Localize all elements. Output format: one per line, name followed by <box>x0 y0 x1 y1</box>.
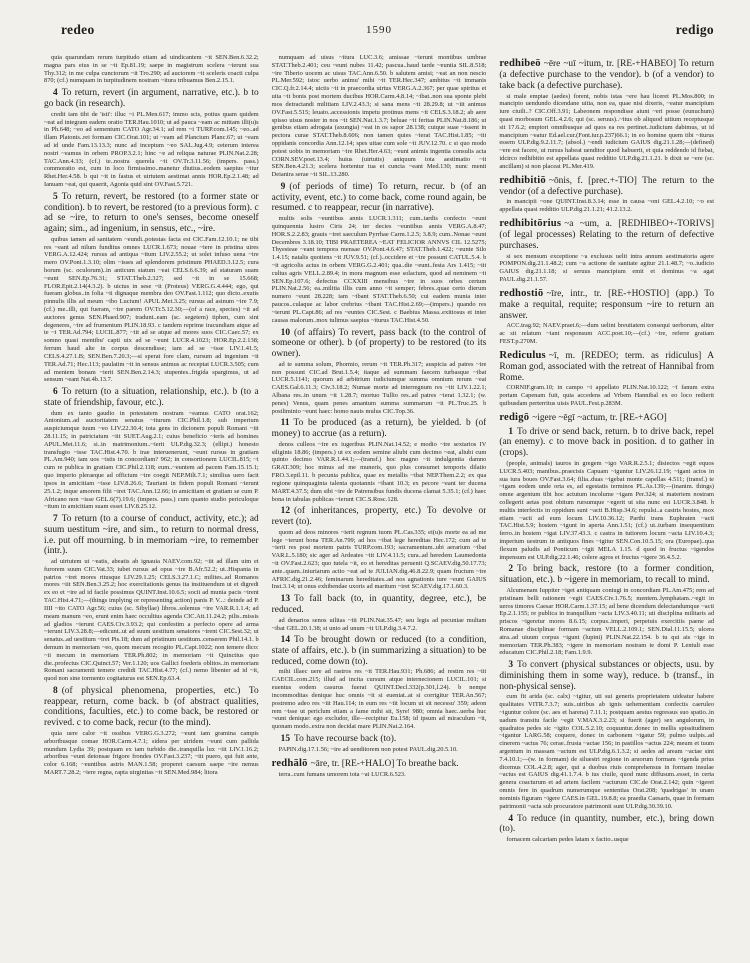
sense-number: 1 <box>508 427 513 437</box>
headword: redhibitiō <box>499 175 546 186</box>
sense-number: 13 <box>281 594 290 604</box>
sense-heading: 11To be produced (as a return), be yield… <box>272 418 487 439</box>
sense-number: 9 <box>281 182 286 192</box>
citation-paragraph: numquam ad uisus ~itura LUC.3.6; amissae… <box>272 54 487 179</box>
column-left: quia quarundam rerum turpitudo etiam ad … <box>44 54 259 952</box>
sense-text: To convert (physical substances or objec… <box>499 660 714 691</box>
sense-text: To bring back, restore (to a former cond… <box>499 564 714 585</box>
citation-paragraph: ad denarios senos uilitas ~iit PLIN.Nat.… <box>272 617 487 633</box>
entry-heading-redhibitio: redhibitiō~ōnis, f. [prec.+-TIO] The ret… <box>499 175 714 198</box>
entry-heading-redhostio: redhostiō~īre, intr., tr. [RE-+HOSTIO] (… <box>499 288 714 322</box>
sense-number: 5 <box>53 192 58 202</box>
sense-number: 4 <box>53 88 58 98</box>
citation-paragraph: dum ex tanto gaudio in potestatem nostra… <box>44 410 259 512</box>
entry-body: ~igere ~ēgī ~actum, tr. [RE-+AGO] <box>532 413 667 423</box>
citation-paragraph: (people, animals) tauros in gregem ~igo … <box>499 460 714 562</box>
headword: redhālō <box>272 758 308 769</box>
sense-text: (of affairs) To revert, pass back (to th… <box>272 328 487 359</box>
sense-heading: 13To fall back (to, in quantity, degree,… <box>272 594 487 615</box>
sense-heading: 6To return (to a situation, relationship… <box>44 387 259 408</box>
sense-heading: 9(of periods of time) To return, recur. … <box>272 182 487 214</box>
sense-heading: 4To return, revert (in argument, narrati… <box>44 88 259 109</box>
entry-body: ~āre, tr. [RE-+HALO] To breathe back. <box>311 759 459 769</box>
sense-number: 4 <box>508 814 513 824</box>
citation-paragraph: quom ad deos minores ~ierit regnum tuom … <box>272 529 487 592</box>
sense-heading: 3To convert (physical substances or obje… <box>499 660 714 692</box>
citation-paragraph: si sex mensum exceptione ~a exclusus uel… <box>499 253 714 284</box>
citation-paragraph: si male emptae (aedes) forent, nobis ist… <box>499 93 714 171</box>
sense-number: 14 <box>281 635 290 645</box>
headword: redhibeō <box>499 58 540 69</box>
citation-paragraph: ad uirtutem ut ~eatis, abeatis ab ignaui… <box>44 558 259 683</box>
sense-text: To have recourse back (to). <box>294 734 396 744</box>
sense-text: (of physical phenomena, properties, etc.… <box>44 686 259 728</box>
citation-paragraph: quia quarundam rerum turpitudo etiam ad … <box>44 54 259 85</box>
entry-heading-redhibitorius: redhibitōrius~a ~um, a. [REDHIBEO+-TORIV… <box>499 218 714 252</box>
text-columns: quia quarundam rerum turpitudo etiam ad … <box>44 54 714 952</box>
citation-paragraph: terra..cum fumans umorem tota ~at LUCR.6… <box>272 771 487 779</box>
running-head-right-word: redigo <box>676 22 714 38</box>
citation-paragraph: in mancipii ~one QUINT.Inst.8.3.14; esse… <box>499 198 714 214</box>
page-number: 1590 <box>44 24 714 36</box>
citation-paragraph: PAPIN.dig.17.1.56; ~ire ad uenditorem no… <box>272 746 487 754</box>
sense-heading: 15To have recourse back (to). <box>272 734 487 745</box>
citation-paragraph: fornacem calcariam pedes latam x facito.… <box>499 836 714 844</box>
sense-number: 12 <box>281 506 290 516</box>
sense-number: 2 <box>508 564 513 574</box>
citation-paragraph: credit iam tibi de 'isti': illuc ~i PL.M… <box>44 111 259 189</box>
entry-heading-rediculus: Rediculus~ī, m. [REDEO; term. as ridicul… <box>499 350 714 384</box>
sense-number: 10 <box>281 328 290 338</box>
headword: Rediculus <box>499 350 546 361</box>
citation-paragraph: multis solis ~euntibus annis LUCR.1.311;… <box>272 215 487 324</box>
citation-paragraph: ad te summa solum, Phormio, rerum ~it TE… <box>272 361 487 416</box>
citation-paragraph: quibus tamen ad sanitatem ~eundi..potest… <box>44 236 259 384</box>
sense-text: To return, revert (in argument, narrativ… <box>44 88 259 109</box>
sense-text: To drive or send back, return. b to driv… <box>499 427 714 458</box>
column-right: redhibeō~ēre ~uī ~itum, tr. [RE-+HABEO] … <box>499 54 714 952</box>
sense-number: 11 <box>281 418 290 428</box>
entry-heading-redigo: redigō~igere ~ēgī ~actum, tr. [RE-+AGO] <box>499 412 714 424</box>
sense-heading: 5To return, revert, be restored (to a fo… <box>44 192 259 235</box>
column-middle: numquam ad uisus ~itura LUC.3.6; amissae… <box>272 54 487 952</box>
citation-paragraph: mihi illaec uere ad rastros res ~it TER.… <box>272 668 487 731</box>
sense-text: To fall back (to, in quantity, degree, e… <box>272 594 487 615</box>
sense-text: To be brought down or reduced (to a cond… <box>272 635 487 666</box>
entry-heading-redhibeo: redhibeō~ēre ~uī ~itum, tr. [RE-+HABEO] … <box>499 58 714 92</box>
sense-text: (of periods of time) To return, recur. b… <box>272 182 487 213</box>
citation-paragraph: cum fit arida (sc. calx) ~igitur, uti su… <box>499 693 714 810</box>
citation-paragraph: CORNIF.gram.10; in campo ~ī appellato PL… <box>499 384 714 407</box>
headword: redigō <box>499 412 529 423</box>
sense-text: (of inheritances, property, etc.) To dev… <box>272 506 487 527</box>
sense-heading: 12(of inheritances, property, etc.) To d… <box>272 506 487 527</box>
citation-paragraph: ACC.trag.92; NAEV.praet.6;—dum uelint br… <box>499 322 714 345</box>
sense-heading: 7To return (to a course of conduct, acti… <box>44 514 259 557</box>
sense-number: 8 <box>53 686 58 696</box>
sense-heading: 2To bring back, restore (to a former con… <box>499 564 714 585</box>
headword: redhostiō <box>499 288 543 299</box>
citation-paragraph: Alcumenam Iuppiter ~iget antiquam coniug… <box>499 587 714 657</box>
sense-text: To return (to a situation, relationship,… <box>44 387 259 408</box>
citation-paragraph: denos culleos ~ire ex iugeribus PLIN.Nat… <box>272 441 487 504</box>
citation-paragraph: quia uere calor ~it ossibus VERG.G.3.272… <box>44 730 259 777</box>
headword: redhibitōrius <box>499 218 561 229</box>
sense-heading: 10(of affairs) To revert, pass back (to … <box>272 328 487 360</box>
sense-number: 6 <box>53 387 58 397</box>
running-head: redeo 1590 redigo <box>44 22 714 42</box>
entry-heading-redhalo: redhālō~āre, tr. [RE-+HALO] To breathe b… <box>272 758 487 770</box>
sense-number: 7 <box>53 514 58 524</box>
sense-text: To be produced (as a return), be yielded… <box>272 418 487 439</box>
dictionary-page: redeo 1590 redigo quia quarundam rerum t… <box>0 0 750 963</box>
sense-text: To return, revert, be restored (to a for… <box>44 192 259 234</box>
sense-text: To return (to a course of conduct, activ… <box>44 514 259 556</box>
sense-heading: 14To be brought down or reduced (to a co… <box>272 635 487 667</box>
sense-heading: 4To reduce (in quantity, number, etc.), … <box>499 814 714 835</box>
sense-text: To reduce (in quantity, number, etc.), b… <box>499 814 714 835</box>
sense-heading: 1To drive or send back, return. b to dri… <box>499 427 714 459</box>
sense-heading: 8(of physical phenomena, properties, etc… <box>44 686 259 729</box>
sense-number: 3 <box>508 660 513 670</box>
sense-number: 15 <box>281 734 290 744</box>
